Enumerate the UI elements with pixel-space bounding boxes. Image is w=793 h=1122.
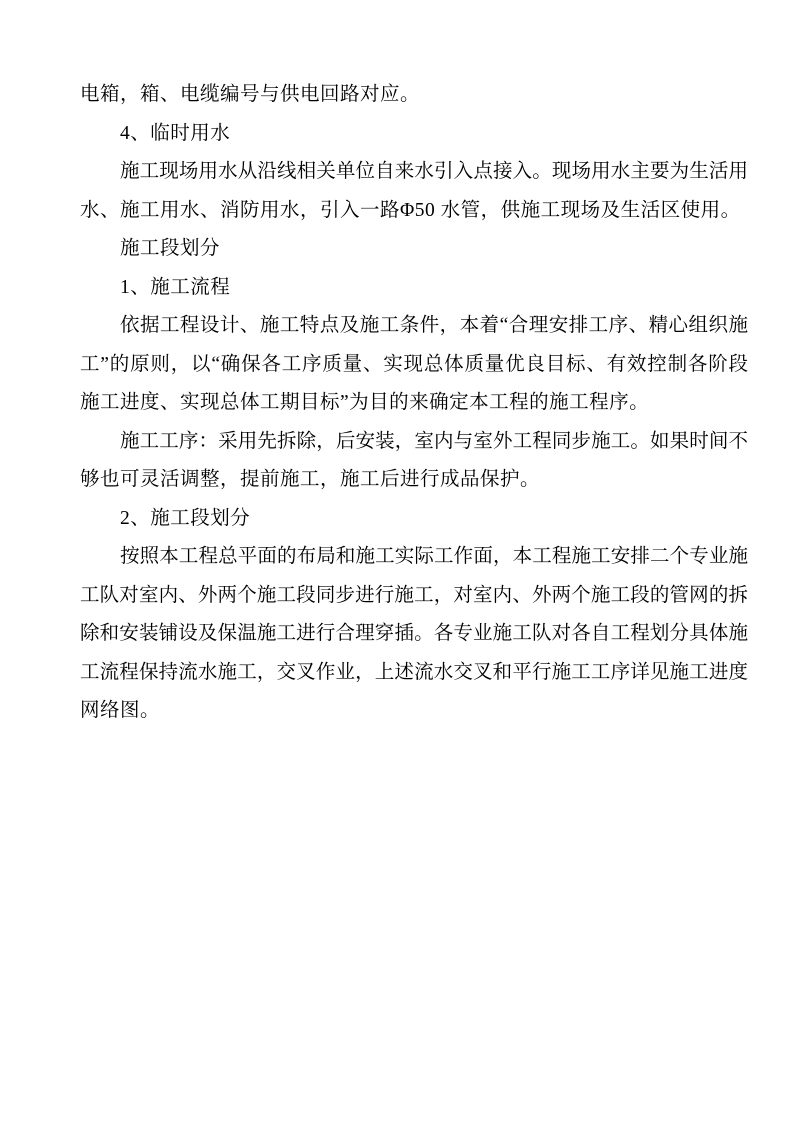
para-distribution-box-numbering: 电箱，箱、电缆编号与供电回路对应。 bbox=[80, 76, 748, 115]
text-line: 依据工程设计、施工特点及施工条件，本着“合理安排工序、精心组织施 bbox=[80, 307, 748, 346]
text-line: 施工进度、实现总体工期目标”为目的来确定本工程的施工程序。 bbox=[80, 384, 748, 423]
heading-construction-section-division: 施工段划分 bbox=[80, 230, 748, 269]
text-line: 4、临时用水 bbox=[80, 115, 748, 154]
heading-4-temporary-water: 4、临时用水 bbox=[80, 115, 748, 154]
text-line: 按照本工程总平面的布局和施工实际工作面，本工程施工安排二个专业施 bbox=[80, 538, 748, 577]
heading-2-section-division: 2、施工段划分 bbox=[80, 500, 748, 539]
para-section-arrangement: 按照本工程总平面的布局和施工实际工作面，本工程施工安排二个专业施工队对室内、外两… bbox=[80, 538, 748, 731]
text-line: 够也可灵活调整，提前施工，施工后进行成品保护。 bbox=[80, 461, 748, 500]
para-construction-sequence: 施工工序：采用先拆除，后安装，室内与室外工程同步施工。如果时间不够也可灵活调整，… bbox=[80, 423, 748, 500]
text-line: 除和安装铺设及保温施工进行合理穿插。各专业施工队对各自工程划分具体施 bbox=[80, 615, 748, 654]
text-line: 施工现场用水从沿线相关单位自来水引入点接入。现场用水主要为生活用 bbox=[80, 153, 748, 192]
heading-1-construction-flow: 1、施工流程 bbox=[80, 269, 748, 308]
text-line: 施工段划分 bbox=[80, 230, 748, 269]
text-line: 1、施工流程 bbox=[80, 269, 748, 308]
text-line: 施工工序：采用先拆除，后安装，室内与室外工程同步施工。如果时间不 bbox=[80, 423, 748, 462]
text-line: 工队对室内、外两个施工段同步进行施工，对室内、外两个施工段的管网的拆 bbox=[80, 577, 748, 616]
document-page: 电箱，箱、电缆编号与供电回路对应。4、临时用水施工现场用水从沿线相关单位自来水引… bbox=[0, 0, 793, 1122]
text-line: 电箱，箱、电缆编号与供电回路对应。 bbox=[80, 76, 748, 115]
text-line: 工流程保持流水施工，交叉作业，上述流水交叉和平行施工工序详见施工进度 bbox=[80, 654, 748, 693]
para-site-water-supply: 施工现场用水从沿线相关单位自来水引入点接入。现场用水主要为生活用水、施工用水、消… bbox=[80, 153, 748, 230]
text-line: 2、施工段划分 bbox=[80, 500, 748, 539]
para-flow-principles: 依据工程设计、施工特点及施工条件，本着“合理安排工序、精心组织施工”的原则，以“… bbox=[80, 307, 748, 423]
text-line: 工”的原则，以“确保各工序质量、实现总体质量优良目标、有效控制各阶段 bbox=[80, 346, 748, 385]
text-line: 水、施工用水、消防用水，引入一路Φ50 水管，供施工现场及生活区使用。 bbox=[80, 192, 748, 231]
text-line: 网络图。 bbox=[80, 692, 748, 731]
document-content: 电箱，箱、电缆编号与供电回路对应。4、临时用水施工现场用水从沿线相关单位自来水引… bbox=[80, 76, 748, 731]
